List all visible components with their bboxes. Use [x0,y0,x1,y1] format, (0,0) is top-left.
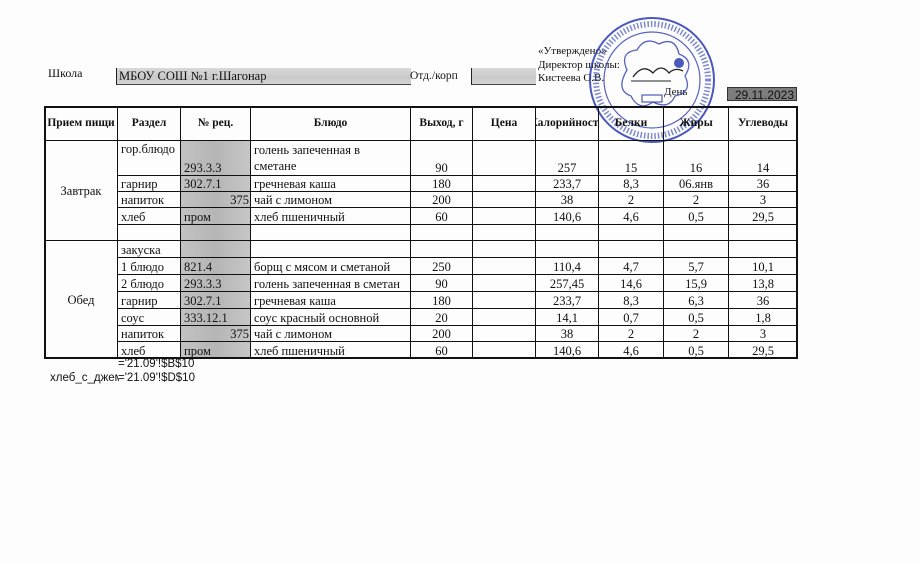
school-field[interactable]: МБОУ СОШ №1 г.Шагонар [116,68,411,85]
cell-calories [535,224,599,241]
cell-dish: соус красный основной [250,308,411,326]
cell-section: напиток [117,325,181,342]
cell-recipe-number: пром [180,341,251,359]
cell-calories: 140,6 [535,341,599,359]
cell-calories: 233,7 [535,175,599,192]
cell-fat: 0,5 [663,308,729,326]
cell-yield: 180 [410,291,473,309]
cell-carbs: 13,8 [728,274,798,292]
cell-section: закуска [117,240,181,258]
cell-calories: 14,1 [535,308,599,326]
cell-calories: 110,4 [535,257,599,275]
footnote-label-2: хлеб_с_джем [50,372,119,384]
cell-carbs: 36 [728,175,798,192]
cell-carbs: 3 [728,325,798,342]
column-header-9: Жиры [663,106,729,141]
cell-yield: 250 [410,257,473,275]
column-header-6: Цена [472,106,536,141]
cell-recipe-number: 293.3.3 [180,140,251,176]
cell-dish: голень запеченная в сметан [250,274,411,292]
cell-price [472,291,536,309]
cell-fat: 16 [663,140,729,176]
cell-recipe-number [180,240,251,258]
cell-yield: 90 [410,274,473,292]
column-header-3: № рец. [180,106,251,141]
cell-protein: 14,6 [598,274,664,292]
cell-recipe-number: 375 [180,325,251,342]
cell-dish: хлеб пшеничный [250,341,411,359]
cell-recipe-number: 821.4 [180,257,251,275]
cell-fat: 5,7 [663,257,729,275]
cell-yield: 200 [410,325,473,342]
cell-section: гор.блюдо [117,140,181,176]
column-header-7: Калорийность [535,106,599,141]
cell-calories: 38 [535,191,599,208]
cell-fat: 0,5 [663,207,729,225]
column-header-4: Блюдо [250,106,411,141]
cell-dish [250,240,411,258]
cell-yield: 180 [410,175,473,192]
cell-protein: 2 [598,325,664,342]
cell-protein: 0,7 [598,308,664,326]
cell-carbs: 29,5 [728,207,798,225]
cell-yield: 200 [410,191,473,208]
cell-carbs: 3 [728,191,798,208]
cell-protein: 2 [598,191,664,208]
cell-calories: 233,7 [535,291,599,309]
cell-yield [410,240,473,258]
cell-recipe-number [180,224,251,241]
column-header-5: Выход, г [410,106,473,141]
school-label: Школа [48,66,82,81]
cell-protein: 8,3 [598,175,664,192]
cell-protein: 8,3 [598,291,664,309]
cell-fat: 15,9 [663,274,729,292]
cell-calories: 38 [535,325,599,342]
cell-dish: чай с лимоном [250,191,411,208]
cell-protein: 4,6 [598,341,664,359]
cell-section: хлеб [117,207,181,225]
cell-price [472,325,536,342]
cell-section: 2 блюдо [117,274,181,292]
cell-section: гарнир [117,175,181,192]
cell-fat: 6,3 [663,291,729,309]
cell-protein: 4,6 [598,207,664,225]
footnote-formula-2: ='21.09'!$D$10 [118,372,195,384]
cell-calories: 257,45 [535,274,599,292]
cell-carbs [728,240,798,258]
cell-protein [598,224,664,241]
cell-fat: 0,5 [663,341,729,359]
cell-yield: 60 [410,341,473,359]
cell-recipe-number: 293.3.3 [180,274,251,292]
cell-section: гарнир [117,291,181,309]
cell-carbs: 10,1 [728,257,798,275]
cell-price [472,191,536,208]
corp-field[interactable] [471,68,536,85]
cell-carbs [728,224,798,241]
cell-section: хлеб [117,341,181,359]
cell-section: напиток [117,191,181,208]
cell-fat [663,240,729,258]
column-header-10: Углеводы [728,106,798,141]
cell-recipe-number: пром [180,207,251,225]
cell-fat [663,224,729,241]
cell-section [117,224,181,241]
meal-name-lunch: Обед [44,240,118,359]
cell-recipe-number: 302.7.1 [180,175,251,192]
cell-price [472,175,536,192]
column-header-2: Раздел [117,106,181,141]
cell-price [472,240,536,258]
cell-section: 1 блюдо [117,257,181,275]
cell-yield [410,224,473,241]
date-field[interactable]: 29.11.2023 [727,87,797,101]
cell-protein: 15 [598,140,664,176]
cell-dish: хлеб пшеничный [250,207,411,225]
cell-price [472,257,536,275]
cell-dish: гречневая каша [250,175,411,192]
cell-carbs: 14 [728,140,798,176]
cell-calories [535,240,599,258]
cell-recipe-number: 302.7.1 [180,291,251,309]
cell-price [472,341,536,359]
cell-dish: гречневая каша [250,291,411,309]
cell-price [472,207,536,225]
cell-protein [598,240,664,258]
cell-yield: 60 [410,207,473,225]
column-header-8: Белки [598,106,664,141]
cell-fat: 2 [663,325,729,342]
cell-calories: 140,6 [535,207,599,225]
cell-dish: голень запеченная в сметане [250,140,411,176]
meal-name-breakfast: Завтрак [44,140,118,241]
cell-price [472,140,536,176]
cell-price [472,274,536,292]
cell-dish: борщ с мясом и сметаной [250,257,411,275]
corp-label: Отд./корп [410,70,458,82]
footnote-formula-1: ='21.09'!$B$10 [118,358,194,370]
cell-price [472,308,536,326]
cell-recipe-number: 375 [180,191,251,208]
cell-yield: 90 [410,140,473,176]
cell-fat: 2 [663,191,729,208]
cell-fat: 06.янв [663,175,729,192]
cell-calories: 257 [535,140,599,176]
cell-carbs: 36 [728,291,798,309]
cell-dish [250,224,411,241]
cell-carbs: 29,5 [728,341,798,359]
column-header-1: Прием пищи [44,106,118,141]
cell-protein: 4,7 [598,257,664,275]
cell-dish: чай с лимоном [250,325,411,342]
menu-table: Прием пищиРаздел№ рец.БлюдоВыход, гЦенаК… [44,106,797,357]
cell-price [472,224,536,241]
cell-carbs: 1,8 [728,308,798,326]
cell-yield: 20 [410,308,473,326]
cell-recipe-number: 333.12.1 [180,308,251,326]
cell-section: соус [117,308,181,326]
